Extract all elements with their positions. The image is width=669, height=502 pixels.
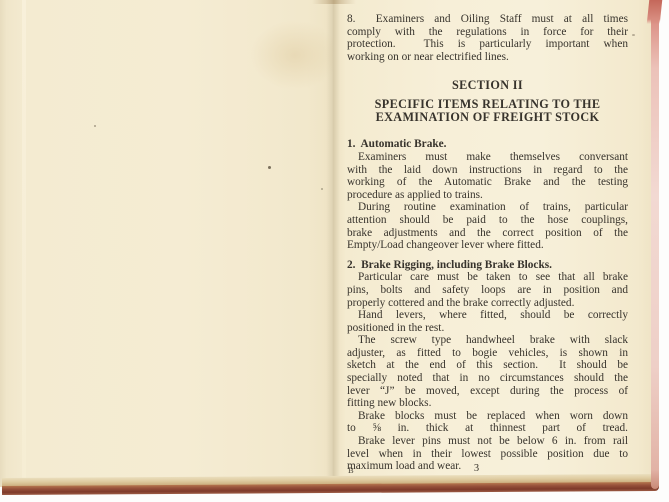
dust-speck [632,34,635,36]
book-cover-top-right-corner [647,0,663,24]
text-line: working of the Automatic Brake and the t… [347,176,628,189]
text-line: adjuster, as fitted to bogie vehicles, i… [347,347,628,360]
text-line: protection. This is particularly importa… [347,38,628,51]
text-line: procedure as applied to trains. [347,189,628,202]
dust-speck [94,125,96,127]
text-line: The screw type handwheel brake with slac… [347,334,628,347]
block-para: Hand levers, where fitted, should be cor… [347,309,628,334]
text-line: 2. Brake Rigging, including Brake Blocks… [347,259,628,272]
block-center: SECTION II [347,79,628,92]
right-page-text-column: 8. Examiners and Oiling Staff must at al… [347,0,628,473]
text-line: 1. Automatic Brake. [347,138,628,151]
text-line: Brake blocks must be replaced when worn … [347,410,628,423]
text-line: lever “J” be moved, except during the pr… [347,385,628,398]
text-line: EXAMINATION OF FREIGHT STOCK [347,111,628,124]
block-para: Particular care must be taken to see tha… [347,271,628,309]
page-number: 3 [347,463,606,474]
left-page-blank [0,0,333,487]
text-line: with the laid down instructions in regar… [347,164,628,177]
dust-speck [268,166,271,169]
dust-speck [321,188,323,190]
text-line: sketch at the end of this section. It sh… [347,359,628,372]
text-line: fitting new blocks. [347,397,628,410]
text-line: Brake lever pins must not be below 6 in.… [347,435,628,448]
text-line: working on or near electrified lines. [347,51,628,64]
text-line: Hand levers, where fitted, should be cor… [347,309,628,322]
text-line: comply with the regulations in force for… [347,26,628,39]
text-line: SECTION II [347,79,628,92]
page-fold-line [22,0,26,487]
block-para: 8. Examiners and Oiling Staff must at al… [347,13,628,63]
text-line: positioned in the rest. [347,322,628,335]
text-line: brake adjustments and the correct positi… [347,227,628,240]
block-para: Examiners must make themselves conversan… [347,151,628,201]
text-line: attention should be paid to the hose cou… [347,214,628,227]
book-cover-right-edge [651,0,659,489]
book-gutter-shadow [326,0,340,487]
block-para: The screw type handwheel brake with slac… [347,334,628,410]
text-line: specially noted that in no circumstances… [347,372,628,385]
text-line: Particular care must be taken to see tha… [347,271,628,284]
block-heading: 2. Brake Rigging, including Brake Blocks… [347,259,628,272]
text-line: level when in their lowest possible posi… [347,448,628,461]
text-line: 8. Examiners and Oiling Staff must at al… [347,13,628,26]
text-line: pins, bolts and safety loops are in posi… [347,284,628,297]
text-line: properly cottered and the brake correctl… [347,297,628,310]
text-line: Examiners must make themselves conversan… [347,151,628,164]
book-scan: { "colors": { "page_cream": "#f5ecd3", "… [0,0,669,502]
text-line: During routine examination of trains, pa… [347,201,628,214]
block-para: During routine examination of trains, pa… [347,201,628,251]
block-heading: 1. Automatic Brake. [347,138,628,151]
block-center: SPECIFIC ITEMS RELATING TO THEEXAMINATIO… [347,98,628,124]
text-line: to ⅝ in. thick at thinnest part of tread… [347,422,628,435]
block-para: Brake blocks must be replaced when worn … [347,410,628,435]
page-footer: B 3 [347,463,628,475]
text-line: Empty/Load changeover lever where fitted… [347,239,628,252]
